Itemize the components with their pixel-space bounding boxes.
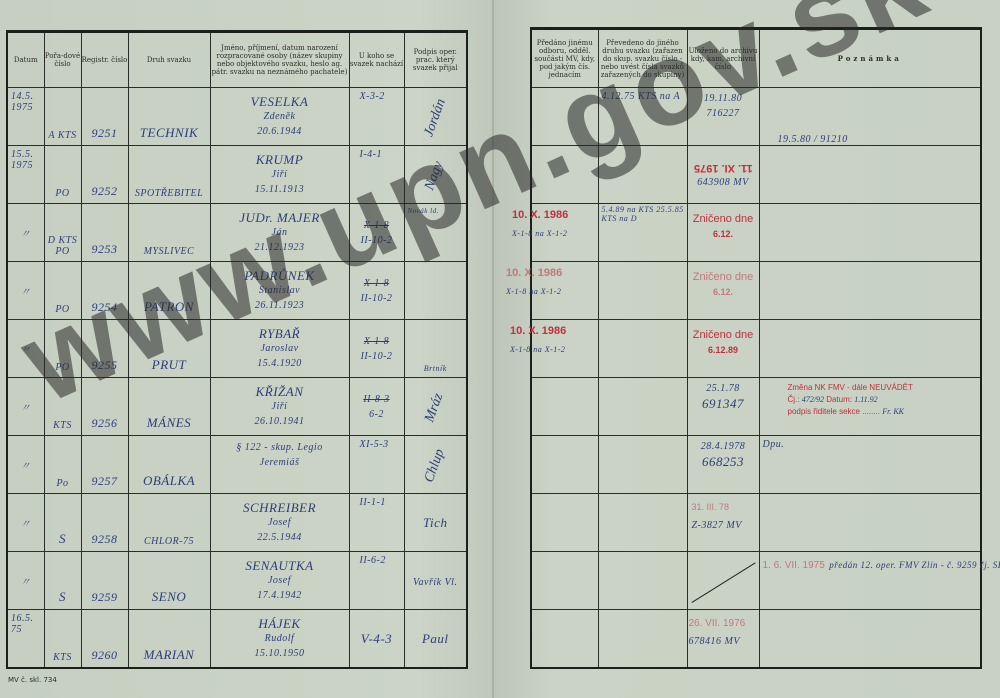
cell-order: S	[44, 552, 81, 610]
archive-stamp: 26. VII. 1976	[689, 618, 746, 629]
table-row: 〃 PO 9255 PRUT RYBAŘJaroslav15.4.1920 X-…	[7, 320, 467, 378]
cell-order: A KTS	[44, 88, 81, 146]
cell-date: 〃	[7, 552, 44, 610]
table-row: 〃 D KTS PO 9253 MYSLIVEC JUDr. MAJERJán2…	[7, 204, 467, 262]
cell-reg: 9258	[81, 494, 128, 552]
cell-handed	[531, 436, 598, 494]
table-row: 〃 KTS 9256 MÁNES KŘIŽANJiří26.10.1941 II…	[7, 378, 467, 436]
table-row: 10. X. 1986X-1-8 na X-1-2 5.4.89 na KTS …	[531, 204, 981, 262]
cell-archive: 11. XI. 1975643908 MV	[687, 146, 759, 204]
destroyed-stamp: Zničeno dne	[693, 212, 754, 227]
register-table-left: Datum Pořa-dové číslo Registr. číslo Dru…	[6, 30, 468, 669]
signature: Mráz	[423, 391, 448, 424]
cell-type: MÁNES	[128, 378, 210, 436]
header-row: Předáno jinému odboru, odděl. součásti M…	[531, 29, 981, 88]
signature: Chlup	[422, 447, 449, 485]
cell-order: PO	[44, 146, 81, 204]
cell-archive: Zničeno dne6.12.	[687, 262, 759, 320]
cell-date: 16.5. 75	[7, 610, 44, 669]
header-registr-cislo: Registr. číslo	[81, 32, 128, 88]
cell-location: II-8-36-2	[349, 378, 404, 436]
table-row: 26. VII. 1976678416 MV	[531, 610, 981, 669]
cell-handed	[531, 88, 598, 146]
cell-type: TECHNIK	[128, 88, 210, 146]
cell-order: Po	[44, 436, 81, 494]
destroyed-stamp: Zničeno dne	[693, 328, 754, 343]
signature: Nagy	[423, 159, 448, 192]
register-table-right: Předáno jinému odboru, odděl. součásti M…	[530, 27, 982, 669]
header-prevedeno: Převedeno do jiného druhu svazku (zařaze…	[598, 29, 687, 88]
change-stamp: Změna NK FMV - dále NEUVÁDĚT Čj.: 472/92…	[788, 382, 913, 418]
cell-date: 〃	[7, 494, 44, 552]
cell-location: XI-5-3	[349, 436, 404, 494]
archive-stamp: 11. XI. 1975	[694, 160, 753, 175]
table-row: 14.5. 1975 A KTS 9251 TECHNIK VESELKAZde…	[7, 88, 467, 146]
cell-date: 〃	[7, 436, 44, 494]
cell-handed	[531, 610, 598, 669]
cell-name: SENAUTKAJosef17.4.1942	[210, 552, 349, 610]
cell-signature: Nagy	[404, 146, 467, 204]
table-row: 4.12.75 KTS na A 19.11.80716227	[531, 88, 981, 146]
cell-handed: 10. X. 1986X-1-8 na X-1-2	[531, 204, 598, 262]
cell-handed	[531, 146, 598, 204]
cell-archive: 31. III. 78Z-3827 MV	[687, 494, 759, 552]
table-row: 31. III. 78Z-3827 MV	[531, 494, 981, 552]
cell-archive: Zničeno dne6.12.89	[687, 320, 759, 378]
header-row: Datum Pořa-dové číslo Registr. číslo Dru…	[7, 32, 467, 88]
cell-reg: 9260	[81, 610, 128, 669]
date-stamp: 1. 6. VII. 1975	[763, 560, 825, 571]
cell-archive: 28.4.1978668253	[687, 436, 759, 494]
signature: Jordán	[421, 96, 449, 138]
cell-handed	[531, 494, 598, 552]
cell-type: PATRON	[128, 262, 210, 320]
cell-type: MARIAN	[128, 610, 210, 669]
table-row: 10. X. 1986X-1-8 na X-1-2 Zničeno dne6.1…	[531, 320, 981, 378]
signature: Tich	[423, 515, 447, 530]
cell-name: VESELKAZdeněk20.6.1944	[210, 88, 349, 146]
cell-location: X-1-8II-10-2	[349, 262, 404, 320]
cell-signature: Novák ld.	[404, 204, 467, 262]
table-row: 25.1.78691347 Změna NK FMV - dále NEUVÁD…	[531, 378, 981, 436]
cell-type: SENO	[128, 552, 210, 610]
cell-note: Dpu.	[759, 436, 981, 494]
header-druh-svazku: Druh svazku	[128, 32, 210, 88]
form-code: MV č. skl. 734	[8, 676, 57, 684]
cell-location: X-1-8II-10-2	[349, 204, 404, 262]
header-ulozeno: Uloženo do archivu kdy, kam, archivní čí…	[687, 29, 759, 88]
cell-name: PADRŮNEKStanislav26.11.1923	[210, 262, 349, 320]
cell-location: V-4-3	[349, 610, 404, 669]
cell-note: 19.5.80 / 91210	[759, 146, 981, 204]
cell-converted	[598, 552, 687, 610]
header-poznamka: Poznámka	[759, 29, 981, 88]
cell-reg: 9251	[81, 88, 128, 146]
cell-signature: Chlup	[404, 436, 467, 494]
cell-type: MYSLIVEC	[128, 204, 210, 262]
cell-location: I-4-1	[349, 146, 404, 204]
cell-converted	[598, 378, 687, 436]
cell-reg: 9256	[81, 378, 128, 436]
table-row: 10. X. 1986X-1-8 na X-1-2 Zničeno dne6.1…	[531, 262, 981, 320]
cell-reg: 9255	[81, 320, 128, 378]
cell-reg: 9254	[81, 262, 128, 320]
cell-date: 〃	[7, 320, 44, 378]
signature: Paul	[422, 631, 449, 646]
header-predano: Předáno jinému odboru, odděl. součásti M…	[531, 29, 598, 88]
cell-location: X-1-8II-10-2	[349, 320, 404, 378]
cell-location: II-6-2	[349, 552, 404, 610]
date-stamp: 10. X. 1986	[506, 267, 562, 279]
table-row: 〃 S 9259 SENO SENAUTKAJosef17.4.1942 II-…	[7, 552, 467, 610]
cell-name: KŘIŽANJiří26.10.1941	[210, 378, 349, 436]
cell-name: JUDr. MAJERJán21.12.1923	[210, 204, 349, 262]
cell-archive: 26. VII. 1976678416 MV	[687, 610, 759, 669]
table-row: 1. 6. VII. 1975 předán 12. oper. FMV Zlí…	[531, 552, 981, 610]
strike-line	[691, 562, 755, 603]
cell-archive	[687, 552, 759, 610]
cell-name: HÁJEKRudolf15.10.1950	[210, 610, 349, 669]
cell-handed: 10. X. 1986X-1-8 na X-1-2	[531, 262, 598, 320]
cell-date: 〃	[7, 378, 44, 436]
cell-reg: 9252	[81, 146, 128, 204]
signature: Vavřík Vl.	[413, 577, 457, 588]
cell-converted: 5.4.89 na KTS 25.5.85 KTS na D	[598, 204, 687, 262]
cell-signature: Brtník	[404, 320, 467, 378]
cell-note	[759, 610, 981, 669]
cell-note	[759, 320, 981, 378]
header-jmeno: Jméno, příjmení, datum narození rozpraco…	[210, 32, 349, 88]
table-row: 〃 PO 9254 PATRON PADRŮNEKStanislav26.11.…	[7, 262, 467, 320]
header-podpis: Podpis oper. prac. který svazek přijal	[404, 32, 467, 88]
cell-converted	[598, 494, 687, 552]
cell-date: 14.5. 1975	[7, 88, 44, 146]
cell-location: II-1-1	[349, 494, 404, 552]
table-row: 15.5. 1975 PO 9252 SPOTŘEBITEL KRUMPJiří…	[7, 146, 467, 204]
book-gutter	[492, 0, 494, 698]
table-row: 16.5. 75 KTS 9260 MARIAN HÁJEKRudolf15.1…	[7, 610, 467, 669]
destroyed-stamp: Zničeno dne	[693, 270, 754, 285]
cell-archive: Zničeno dne6.12.	[687, 204, 759, 262]
cell-converted	[598, 146, 687, 204]
cell-date: 〃	[7, 204, 44, 262]
table-row: 28.4.1978668253 Dpu.	[531, 436, 981, 494]
cell-location: X-3-2	[349, 88, 404, 146]
cell-name: SCHREIBERJosef22.5.1944	[210, 494, 349, 552]
cell-converted	[598, 436, 687, 494]
cell-order: D KTS PO	[44, 204, 81, 262]
archive-stamp: 31. III. 78	[692, 502, 730, 512]
cell-date: 15.5. 1975	[7, 146, 44, 204]
cell-type: SPOTŘEBITEL	[128, 146, 210, 204]
cell-name: § 122 - skup. LegioJeremiáš	[210, 436, 349, 494]
cell-order: PO	[44, 320, 81, 378]
cell-handed	[531, 552, 598, 610]
cell-note: Změna NK FMV - dále NEUVÁDĚT Čj.: 472/92…	[759, 378, 981, 436]
date-stamp: 10. X. 1986	[510, 325, 566, 337]
cell-archive: 19.11.80716227	[687, 88, 759, 146]
table-row: 11. XI. 1975643908 MV 19.5.80 / 91210	[531, 146, 981, 204]
cell-archive: 25.1.78691347	[687, 378, 759, 436]
header-poradove-cislo: Pořa-dové číslo	[44, 32, 81, 88]
cell-note	[759, 494, 981, 552]
cell-order: KTS	[44, 610, 81, 669]
cell-reg: 9253	[81, 204, 128, 262]
table-row: 〃 S 9258 CHLOR-75 SCHREIBERJosef22.5.194…	[7, 494, 467, 552]
cell-note	[759, 262, 981, 320]
cell-signature	[404, 262, 467, 320]
header-datum: Datum	[7, 32, 44, 88]
cell-type: OBÁLKA	[128, 436, 210, 494]
cell-order: PO	[44, 262, 81, 320]
cell-handed: 10. X. 1986X-1-8 na X-1-2	[531, 320, 598, 378]
cell-date: 〃	[7, 262, 44, 320]
cell-reg: 9259	[81, 552, 128, 610]
cell-note: 1. 6. VII. 1975 předán 12. oper. FMV Zlí…	[759, 552, 981, 610]
cell-signature: Vavřík Vl.	[404, 552, 467, 610]
cell-converted	[598, 320, 687, 378]
cell-note	[759, 204, 981, 262]
cell-handed	[531, 378, 598, 436]
header-u-koho: U koho se svazek nachází	[349, 32, 404, 88]
cell-name: KRUMPJiří15.11.1913	[210, 146, 349, 204]
cell-signature: Tich	[404, 494, 467, 552]
table-row: 〃 Po 9257 OBÁLKA § 122 - skup. LegioJere…	[7, 436, 467, 494]
cell-signature: Jordán	[404, 88, 467, 146]
date-stamp: 10. X. 1986	[512, 209, 568, 221]
cell-order: KTS	[44, 378, 81, 436]
cell-converted	[598, 262, 687, 320]
cell-signature: Paul	[404, 610, 467, 669]
cell-type: PRUT	[128, 320, 210, 378]
cell-reg: 9257	[81, 436, 128, 494]
cell-signature: Mráz	[404, 378, 467, 436]
cell-name: RYBAŘJaroslav15.4.1920	[210, 320, 349, 378]
cell-order: S	[44, 494, 81, 552]
cell-type: CHLOR-75	[128, 494, 210, 552]
cell-converted: 4.12.75 KTS na A	[598, 88, 687, 146]
cell-converted	[598, 610, 687, 669]
